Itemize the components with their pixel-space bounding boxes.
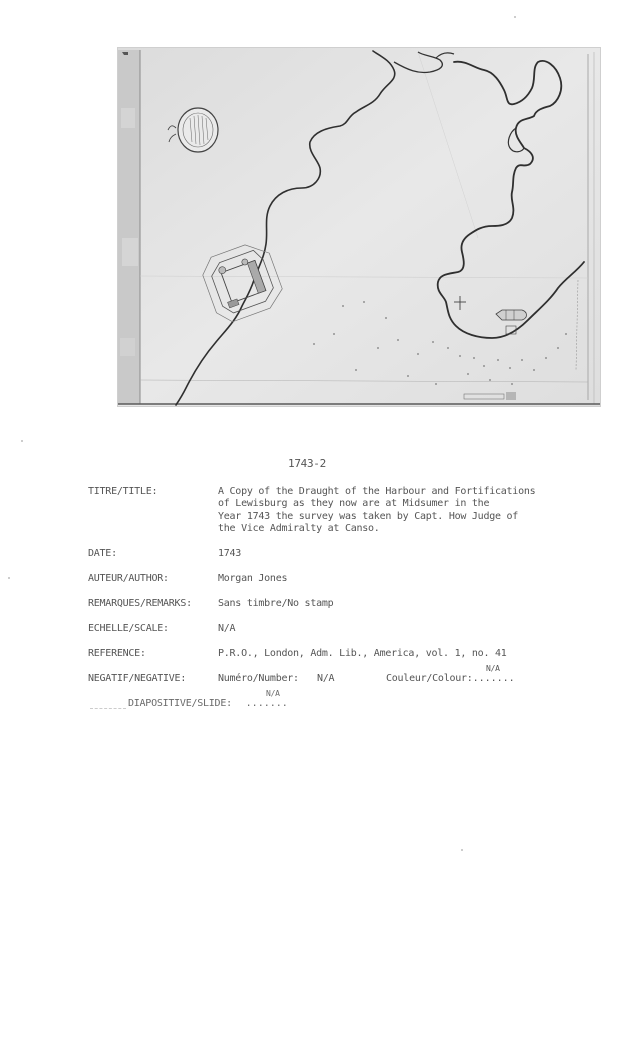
reference-value: P.R.O., London, Adm. Lib., America, vol.…	[218, 648, 578, 660]
reference-label: REFERENCE:	[88, 648, 216, 660]
map-photograph	[118, 48, 600, 406]
title-label: TITRE/TITLE:	[88, 486, 216, 498]
negative-label: NEGATIF/NEGATIVE:	[88, 673, 216, 685]
scan-speck	[514, 16, 516, 18]
catalog-number: 1743-2	[288, 457, 326, 470]
colour-dots: .......	[473, 673, 515, 684]
slide-dots: .......	[246, 698, 288, 709]
scan-speck	[8, 577, 10, 579]
negative-number-label: Numéro/Number:	[218, 673, 299, 685]
author-value: Morgan Jones	[218, 573, 578, 585]
scale-value: N/A	[218, 623, 578, 635]
remarks-label: REMARQUES/REMARKS:	[88, 598, 216, 610]
slide-leader-line	[90, 708, 126, 709]
title-value: A Copy of the Draught of the Harbour and…	[218, 486, 578, 536]
remarks-value: Sans timbre/No stamp	[218, 598, 578, 610]
colour-value: N/A	[486, 665, 500, 673]
negative-colour-label: Couleur/Colour:.......	[386, 673, 515, 685]
field-slide: DIAPOSITIVE/SLIDE: ....... N/A	[128, 698, 288, 709]
slide-label: DIAPOSITIVE/SLIDE:	[128, 698, 232, 709]
map-drawing	[118, 48, 600, 406]
scan-speck	[461, 849, 463, 851]
scan-speck	[21, 440, 23, 442]
slide-value: N/A	[266, 690, 280, 698]
date-label: DATE:	[88, 548, 216, 560]
negative-number-value: N/A	[317, 673, 334, 685]
date-value: 1743	[218, 548, 578, 560]
scale-label: ECHELLE/SCALE:	[88, 623, 216, 635]
author-label: AUTEUR/AUTHOR:	[88, 573, 216, 585]
colour-label: Couleur/Colour:	[386, 673, 473, 684]
